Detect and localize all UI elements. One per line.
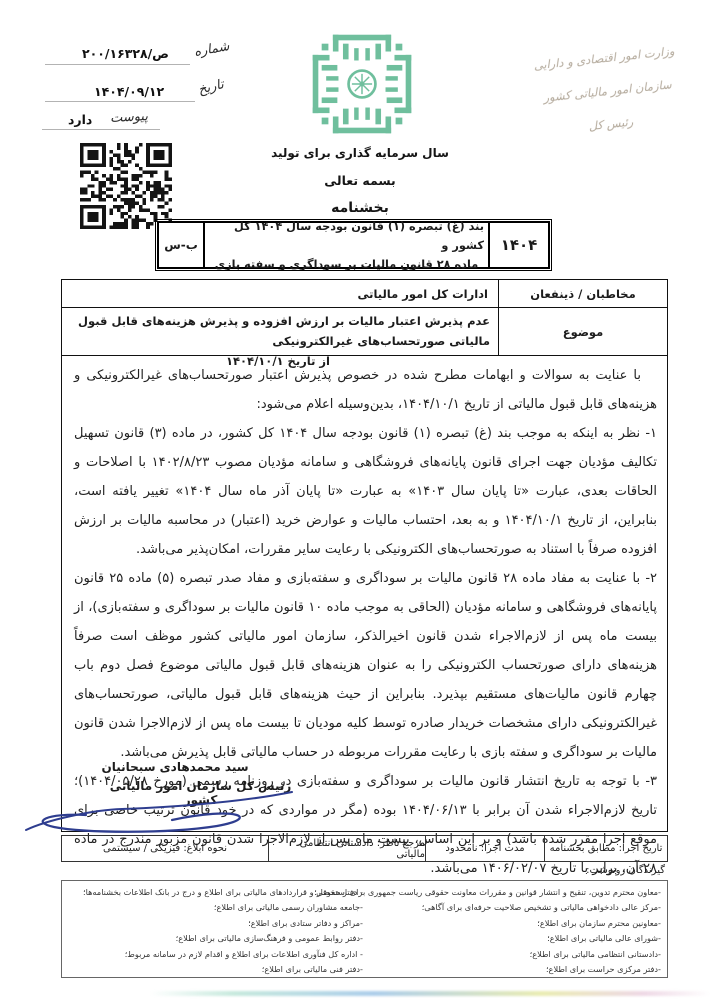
- letter-number-value: ۲۰۰/۱۶۳۲۸/ص: [82, 46, 169, 61]
- subject-reference: بند (غ) تبصره (۱) قانون بودجه سال ۱۴۰۴ ک…: [205, 223, 488, 267]
- bismillah: بسمه تعالی: [0, 173, 720, 188]
- letter-date-value: ۱۴۰۴/۰۹/۱۲: [94, 84, 164, 99]
- circular-main-frame: مخاطبان / ذینفعان ادارات کل امور مالیاتی…: [61, 279, 668, 832]
- subject-reference-line-1: بند (غ) تبصره (۱) قانون بودجه سال ۱۴۰۴ ک…: [209, 217, 484, 255]
- cc-label: گیرندگان رونوشت:: [500, 865, 665, 876]
- investment-year-slogan: سال سرمایه گذاری برای تولید: [0, 146, 720, 160]
- subject-reference-line-2: ماده ۲۸ قانون مالیات بر سوداگری و سفته ب…: [215, 255, 478, 274]
- cc-item: -دادستانی انتظامی مالیاتی برای اطلاع؛: [363, 947, 661, 962]
- intro-paragraph: با عنایت به سوالات و ابهامات مطرح شده در…: [74, 361, 657, 419]
- circular-document-page: شماره ۲۰۰/۱۶۳۲۸/ص تاریخ ۱۴۰۴/۰۹/۱۲ پیوست…: [0, 0, 720, 999]
- attachment-value: دارد: [68, 112, 92, 127]
- cc-item: -دفتر فنی مالیاتی برای اطلاع؛: [64, 962, 363, 977]
- meta-rule: [45, 64, 190, 65]
- subject-label: موضوع: [498, 308, 667, 355]
- document-type-title: بخشنامه: [0, 200, 720, 216]
- paragraph-1: ۱- نظر به اینکه به موجب بند (غ) تبصره (۱…: [74, 419, 657, 564]
- meta-rule: [45, 101, 195, 102]
- execution-duration-cell: مدت اجرا: نامحدود: [425, 836, 544, 861]
- ministry-letterhead: وزارت امور اقتصادی و دارایی سازمان امور …: [500, 32, 714, 152]
- execution-info-table: تاریخ اجرا: مطابق بخشنامه مدت اجرا: نامح…: [61, 835, 668, 862]
- paragraph-2: ۲- با عنایت به مفاد ماده ۲۸ قانون مالیات…: [74, 564, 657, 767]
- cc-item: - دفتر حقوقی و قراردادهای مالیاتی برای ا…: [64, 885, 363, 900]
- cc-item: -معاون محترم تدوین، تنقیح و انتشار قوانی…: [363, 885, 661, 900]
- cc-item: -جامعه مشاوران رسمی مالیاتی برای اطلاع؛: [64, 900, 363, 915]
- cc-item: - اداره کل فنآوری اطلاعات برای اطلاع و ا…: [64, 947, 363, 962]
- cc-item: -شورای عالی مالیاتی برای اطلاع؛: [363, 931, 661, 946]
- year-badge: ۱۴۰۴: [488, 223, 548, 267]
- cc-box: -معاون محترم تدوین، تنقیح و انتشار قوانی…: [61, 880, 668, 978]
- subject-row: موضوع عدم پذیرش اعتبار مالیات بر ارزش اف…: [62, 308, 667, 356]
- execution-date-cell: تاریخ اجرا: مطابق بخشنامه: [544, 836, 667, 861]
- letter-date-label: تاریخ: [197, 77, 226, 98]
- meta-rule: [42, 129, 160, 130]
- subject-value: عدم پذیرش اعتبار مالیات بر ارزش افزوده و…: [62, 308, 498, 355]
- attachment-label: پیوست: [110, 109, 149, 126]
- cc-item: -معاونین محترم سازمان برای اطلاع؛: [363, 916, 661, 931]
- cc-item: -مراکز و دفاتر ستادی برای اطلاع؛: [64, 916, 363, 931]
- supervisor-cell: مرجع ناظر: دادستانی انتظامی مالیاتی: [268, 836, 425, 861]
- cc-item: -دفتر مرکزی حراست برای اطلاع؛: [363, 962, 661, 977]
- subject-value-line-1: عدم پذیرش اعتبار مالیات بر ارزش افزوده و…: [66, 311, 490, 351]
- recipients-label: مخاطبان / ذینفعان: [498, 280, 667, 307]
- signature-scribble-icon: [22, 780, 297, 836]
- signatory-name: سید محمدهادی سبحانیان: [100, 760, 250, 774]
- recipients-value: ادارات کل امور مالیاتی: [62, 280, 498, 307]
- notification-method-cell: نحوه ابلاغ: فیزیکی / سیستمی: [62, 836, 268, 861]
- recipients-row: مخاطبان / ذینفعان ادارات کل امور مالیاتی: [62, 280, 667, 308]
- cc-item: -مرکز عالی دادخواهی مالیاتی و تشخیص صلاح…: [363, 900, 661, 915]
- tax-organization-logo-icon: [306, 28, 418, 140]
- letter-number-label: شماره: [193, 39, 231, 60]
- cc-list-right: -معاون محترم تدوین، تنقیح و انتشار قوانی…: [363, 885, 661, 975]
- classification-code: ب-س: [159, 223, 205, 267]
- cc-list-left: - دفتر حقوقی و قراردادهای مالیاتی برای ا…: [64, 885, 363, 975]
- cc-item: -دفتر روابط عمومی و فرهنگ‌سازی مالیاتی ب…: [64, 931, 363, 946]
- subject-bar: ۱۴۰۴ بند (غ) تبصره (۱) قانون بودجه سال ۱…: [157, 221, 550, 269]
- scan-artifact: [150, 991, 710, 996]
